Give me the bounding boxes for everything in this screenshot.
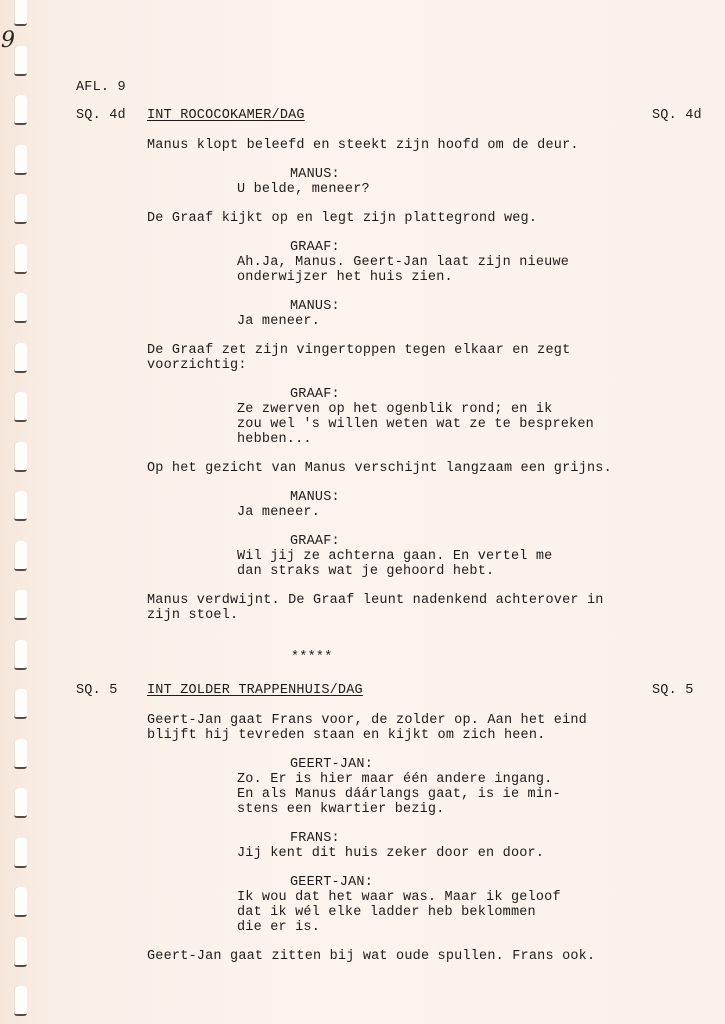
action-line: De Graaf kijkt op en legt zijn plattegro… bbox=[147, 211, 537, 226]
character-name: MANUS: bbox=[290, 167, 340, 182]
dialogue-line: stens een kwartier bezig. bbox=[237, 802, 445, 817]
dialogue-line: die er is. bbox=[237, 920, 320, 935]
dialogue-line: Ah.Ja, Manus. Geert-Jan laat zijn nieuwe bbox=[237, 255, 569, 270]
binder-hole bbox=[14, 590, 27, 620]
dialogue-line: Ja meneer. bbox=[237, 505, 320, 520]
binder-hole bbox=[14, 788, 27, 818]
dialogue-line: Jij kent dit huis zeker door en door. bbox=[237, 846, 544, 861]
character-name: GRAAF: bbox=[290, 240, 340, 255]
action-line: Op het gezicht van Manus verschijnt lang… bbox=[147, 461, 612, 476]
binder-hole bbox=[14, 343, 27, 373]
dialogue-line: dat ik wél elke ladder heb beklommen bbox=[237, 905, 536, 920]
action-line: Manus klopt beleefd en steekt zijn hoofd… bbox=[147, 138, 579, 153]
binder-hole bbox=[14, 640, 27, 670]
scene-number: SQ. 4d bbox=[76, 108, 126, 123]
character-name: FRANS: bbox=[290, 831, 340, 846]
character-name: GRAAF: bbox=[290, 534, 340, 549]
character-name: MANUS: bbox=[290, 299, 340, 314]
binder-hole bbox=[14, 739, 27, 769]
scene-number-right: SQ. 5 bbox=[652, 683, 694, 698]
action-line: De Graaf zet zijn vingertoppen tegen elk… bbox=[147, 343, 570, 358]
binder-hole bbox=[14, 442, 27, 472]
character-name: MANUS: bbox=[290, 490, 340, 505]
dialogue-line: Ze zwerven op het ogenblik rond; en ik bbox=[237, 402, 552, 417]
binder-hole bbox=[14, 887, 27, 917]
action-line: Manus verdwijnt. De Graaf leunt nadenken… bbox=[147, 593, 604, 608]
scene-heading: INT ROCOCOKAMER/DAG bbox=[147, 108, 305, 123]
dialogue-line: zou wel 's willen weten wat ze te bespre… bbox=[237, 417, 594, 432]
dialogue-line: Wil jij ze achterna gaan. En vertel me bbox=[237, 549, 552, 564]
action-line: Geert-Jan gaat zitten bij wat oude spull… bbox=[147, 949, 595, 964]
binder-hole bbox=[14, 145, 27, 175]
binder-hole bbox=[14, 937, 27, 967]
episode-label: AFL. 9 bbox=[76, 80, 126, 95]
binder-hole bbox=[14, 392, 27, 422]
dialogue-line: onderwijzer het huis zien. bbox=[237, 270, 453, 285]
action-line: blijft hij tevreden staan en kijkt om zi… bbox=[147, 728, 545, 743]
binder-hole bbox=[14, 293, 27, 323]
dialogue-line: U belde, meneer? bbox=[237, 182, 370, 197]
scene-heading: INT ZOLDER TRAPPENHUIS/DAG bbox=[147, 683, 363, 698]
binder-hole bbox=[14, 0, 27, 26]
action-line: Geert-Jan gaat Frans voor, de zolder op.… bbox=[147, 713, 587, 728]
binder-hole bbox=[14, 491, 27, 521]
scene-number: SQ. 5 bbox=[76, 683, 118, 698]
scene-number-right: SQ. 4d bbox=[652, 108, 702, 123]
handwritten-page-number: 9 bbox=[1, 28, 15, 53]
script-page: 9 AFL. 9 SQ. 4dINT ROCOCOKAMER/DAGSQ. 4d… bbox=[0, 0, 725, 1024]
binder-hole bbox=[14, 689, 27, 719]
character-name: GEERT-JAN: bbox=[290, 875, 373, 890]
scene-separator: ***** bbox=[291, 650, 333, 665]
binder-hole bbox=[14, 46, 27, 76]
binder-hole bbox=[14, 95, 27, 125]
binder-hole bbox=[14, 541, 27, 571]
dialogue-line: En als Manus dáárlangs gaat, is ie min- bbox=[237, 787, 561, 802]
action-line: voorzichtig: bbox=[147, 358, 247, 373]
binder-hole bbox=[14, 986, 27, 1016]
binder-hole bbox=[14, 194, 27, 224]
dialogue-line: Ik wou dat het waar was. Maar ik geloof bbox=[237, 890, 561, 905]
character-name: GRAAF: bbox=[290, 387, 340, 402]
dialogue-line: Ja meneer. bbox=[237, 314, 320, 329]
dialogue-line: dan straks wat je gehoord hebt. bbox=[237, 564, 494, 579]
binder-hole bbox=[14, 838, 27, 868]
dialogue-line: hebben... bbox=[237, 432, 312, 447]
action-line: zijn stoel. bbox=[147, 608, 238, 623]
character-name: GEERT-JAN: bbox=[290, 757, 373, 772]
binder-hole bbox=[14, 244, 27, 274]
dialogue-line: Zo. Er is hier maar één andere ingang. bbox=[237, 772, 552, 787]
